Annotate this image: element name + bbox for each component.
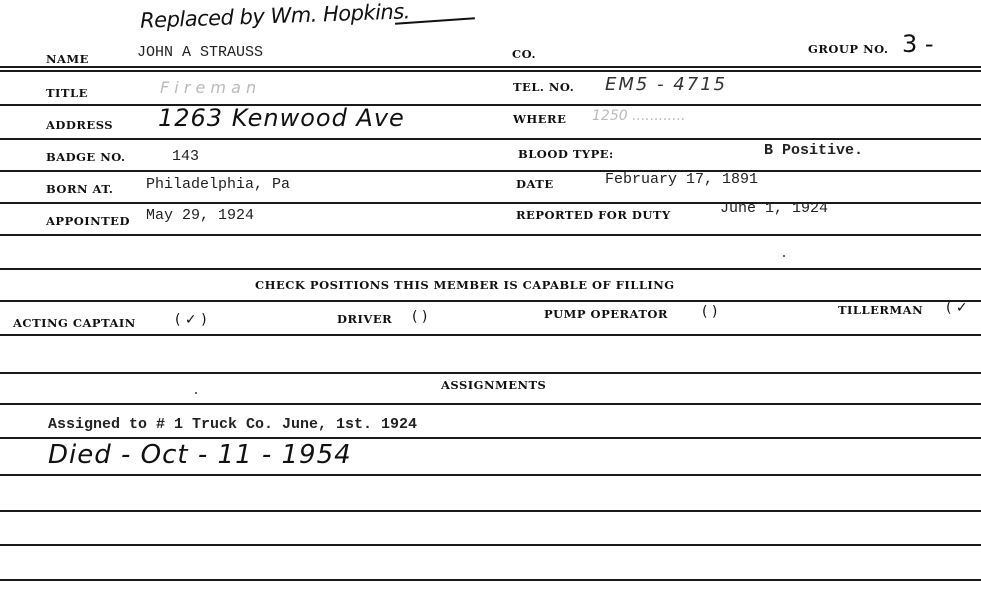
co-label: CO. — [512, 47, 536, 61]
position-pump-operator-checkbox[interactable]: ( ) — [702, 304, 717, 320]
rule-10 — [0, 372, 981, 374]
tel-no-value: EM5 - 4715 — [605, 74, 727, 95]
rule-2 — [0, 104, 981, 106]
rule-4 — [0, 170, 981, 172]
assignment-entry: Assigned to # 1 Truck Co. June, 1st. 192… — [48, 416, 417, 433]
date-value: February 17, 1891 — [605, 171, 758, 188]
positions-heading: CHECK POSITIONS THIS MEMBER IS CAPABLE O… — [255, 278, 675, 292]
position-driver-label: DRIVER — [337, 312, 392, 326]
group-no-label: GROUP NO. — [808, 42, 888, 56]
appointed-label: APPOINTED — [46, 214, 130, 228]
rule-15 — [0, 544, 981, 546]
tel-no-label: TEL. NO. — [513, 80, 574, 94]
speck — [783, 255, 785, 257]
rule-5 — [0, 202, 981, 204]
date-label: DATE — [516, 177, 554, 191]
name-value: JOHN A STRAUSS — [137, 44, 263, 61]
rule-7 — [0, 268, 981, 270]
rule-6 — [0, 234, 981, 236]
assignments-heading: ASSIGNMENTS — [441, 378, 546, 392]
address-value: 1263 Kenwood Ave — [158, 104, 405, 132]
reported-for-duty-value: June 1, 1924 — [720, 200, 828, 217]
personnel-record-card: Replaced by Wm. Hopkins. NAME JOHN A STR… — [0, 0, 981, 600]
where-label: WHERE — [513, 112, 566, 126]
born-at-value: Philadelphia, Pa — [146, 176, 290, 193]
position-driver-checkbox[interactable]: ( ) — [412, 309, 427, 325]
badge-no-value: 143 — [172, 148, 199, 165]
position-acting-captain-checkbox[interactable]: ( ✓ ) — [175, 312, 207, 328]
title-label: TITLE — [46, 86, 88, 100]
where-value: 1250 ............ — [592, 108, 685, 124]
title-value: F i r e m a n — [160, 78, 256, 97]
blood-type-label: BLOOD TYPE: — [518, 147, 614, 161]
group-no-value: 3 - — [902, 30, 934, 58]
rule-8 — [0, 300, 981, 302]
name-label: NAME — [46, 52, 89, 66]
address-label: ADDRESS — [46, 118, 113, 132]
position-tillerman-checkbox[interactable]: ( ✓ — [946, 300, 968, 316]
rule-12 — [0, 437, 981, 439]
rule-14 — [0, 510, 981, 512]
born-at-label: BORN AT. — [46, 182, 113, 196]
badge-no-label: BADGE NO. — [46, 150, 126, 164]
rule-3 — [0, 138, 981, 140]
reported-for-duty-label: REPORTED FOR DUTY — [516, 208, 671, 222]
speck — [195, 392, 197, 394]
rule-16 — [0, 579, 981, 581]
replaced-by-annotation: Replaced by Wm. Hopkins. — [140, 0, 411, 33]
position-tillerman-label: TILLERMAN — [838, 303, 923, 317]
appointed-value: May 29, 1924 — [146, 207, 254, 224]
rule-11 — [0, 403, 981, 405]
header-double-rule — [0, 66, 981, 68]
rule-9 — [0, 334, 981, 336]
rule-13 — [0, 474, 981, 476]
position-acting-captain-label: ACTING CAPTAIN — [13, 316, 136, 330]
position-pump-operator-label: PUMP OPERATOR — [544, 307, 668, 321]
died-entry: Died - Oct - 11 - 1954 — [48, 440, 352, 470]
blood-type-value: B Positive. — [764, 142, 863, 159]
